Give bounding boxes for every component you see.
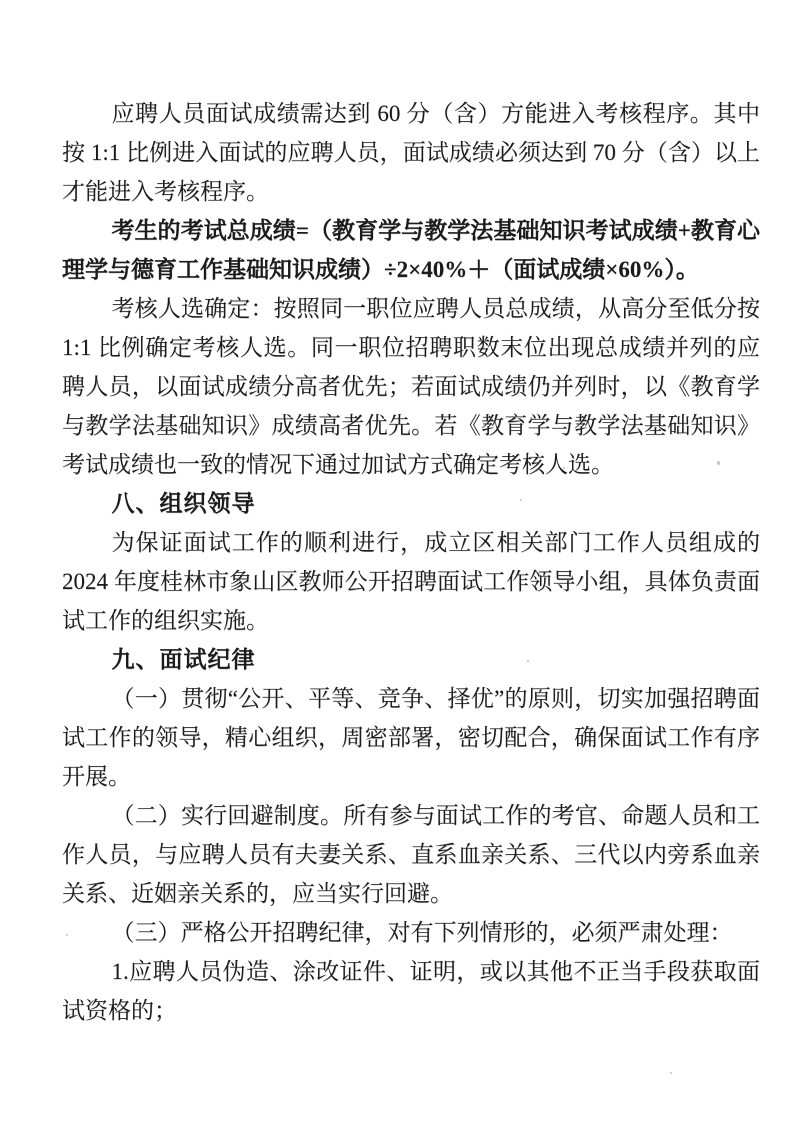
- scan-speck: [66, 934, 68, 936]
- para-discipline-recusal: （二）实行回避制度。所有参与面试工作的考官、命题人员和工作人员，与应聘人员有夫妻…: [62, 796, 760, 913]
- scan-speck: [670, 1072, 672, 1074]
- scan-speck: [527, 660, 529, 662]
- para-leadership-group: 为保证面试工作的顺利进行，成立区相关部门工作人员组成的 2024 年度桂林市象山…: [62, 523, 760, 640]
- scan-speck: [563, 467, 565, 469]
- para-discipline-strict: （三）严格公开招聘纪律，对有下列情形的，必须严肃处理：: [62, 913, 760, 952]
- para-total-score-formula: 考生的考试总成绩=（教育学与教学法基础知识考试成绩+教育心理学与德育工作基础知识…: [62, 211, 760, 289]
- heading-organization-leadership: 八、组织领导: [62, 484, 760, 523]
- scanned-document-page: 应聘人员面试成绩需达到 60 分（含）方能进入考核程序。其中按 1:1 比例进入…: [0, 0, 800, 1130]
- scan-speck: [717, 461, 720, 465]
- para-assessment-candidate-selection: 考核人选确定：按照同一职位应聘人员总成绩，从高分至低分按 1:1 比例确定考核人…: [62, 289, 760, 484]
- para-discipline-item-1: 1.应聘人员伪造、涂改证件、证明，或以其他不正当手段获取面试资格的；: [62, 952, 760, 1030]
- heading-interview-discipline: 九、面试纪律: [62, 640, 760, 679]
- para-discipline-principles: （一）贯彻“公开、平等、竞争、择优”的原则，切实加强招聘面试工作的领导，精心组织…: [62, 679, 760, 796]
- document-text-block: 应聘人员面试成绩需达到 60 分（含）方能进入考核程序。其中按 1:1 比例进入…: [62, 94, 760, 1030]
- scan-speck: [520, 499, 522, 501]
- para-interview-score-threshold: 应聘人员面试成绩需达到 60 分（含）方能进入考核程序。其中按 1:1 比例进入…: [62, 94, 760, 211]
